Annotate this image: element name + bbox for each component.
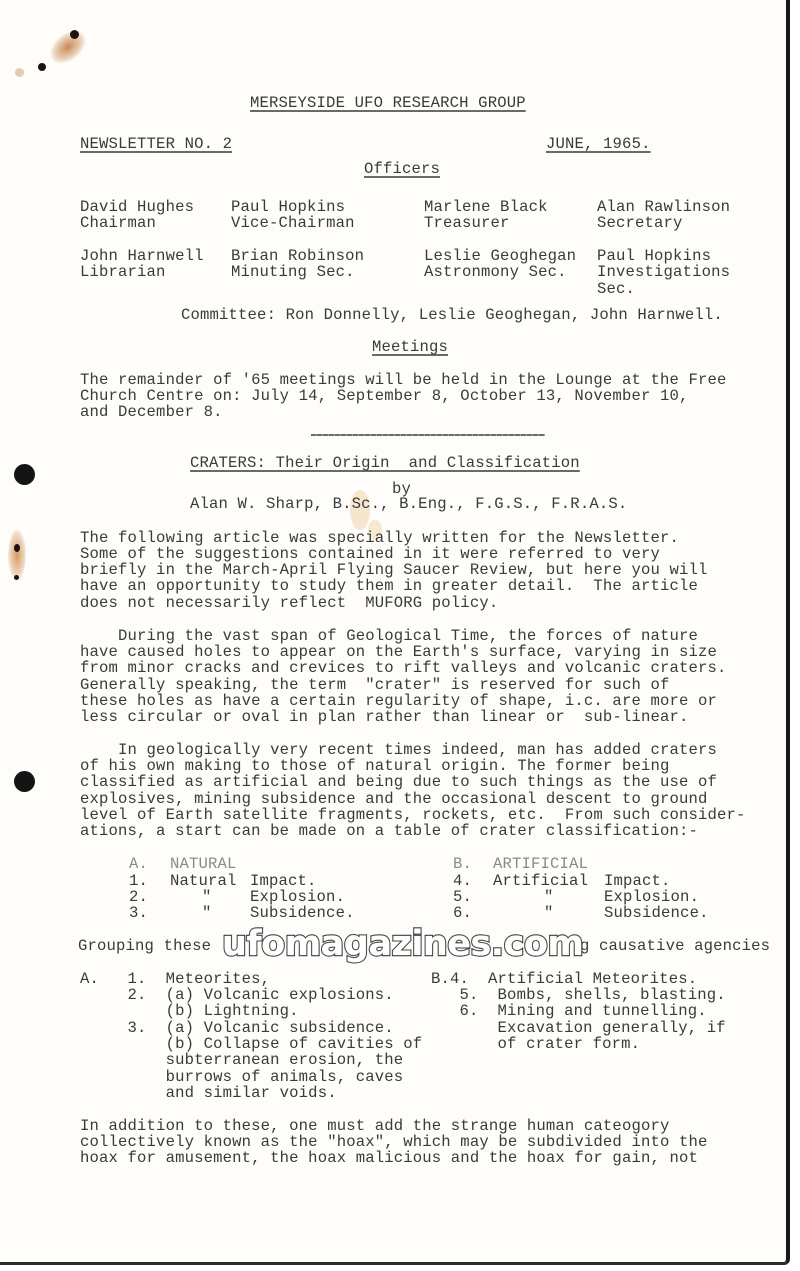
committee-list: Committee: Ron Donnelly, Leslie Geoghega… bbox=[181, 307, 723, 323]
text-line: ations, a start can be made on a table o… bbox=[80, 823, 698, 839]
text-line: less circular or oval in plan rather tha… bbox=[80, 709, 689, 725]
text-line: Church Centre on: July 14, September 8, … bbox=[80, 388, 689, 404]
grouping-text-start: Grouping these bbox=[78, 938, 211, 954]
text-line: collectively known as the "hoax", which … bbox=[80, 1134, 708, 1150]
meetings-heading: Meetings bbox=[372, 339, 448, 355]
text-line: have caused holes to appear on the Earth… bbox=[80, 644, 717, 660]
text-line: burrows of animals, caves bbox=[80, 1069, 403, 1085]
text-line: In geologically very recent times indeed… bbox=[80, 742, 717, 758]
artificial-header: ARTIFICIAL bbox=[493, 856, 588, 872]
rust-spot bbox=[70, 30, 79, 39]
text-line: 6. Mining and tunnelling. bbox=[431, 1003, 707, 1019]
class-type: Explosion. bbox=[250, 889, 345, 905]
class-type: Impact. bbox=[250, 873, 317, 889]
text-line: The remainder of '65 meetings will be he… bbox=[80, 372, 727, 388]
class-num: 2. bbox=[129, 889, 148, 905]
text-line: A. 1. Meteorites, bbox=[80, 971, 270, 987]
officer-role: Minuting Sec. bbox=[231, 264, 355, 280]
officer-name: Leslie Geoghegan bbox=[424, 248, 576, 264]
officers-heading: Officers bbox=[364, 161, 440, 177]
class-qualifier: Natural bbox=[170, 873, 237, 889]
text-line: level of Earth satellite fragments, rock… bbox=[80, 807, 746, 823]
class-type: Explosion. bbox=[604, 889, 699, 905]
class-num: 6. bbox=[453, 905, 472, 921]
text-line: classified as artificial and being due t… bbox=[80, 774, 717, 790]
article-author: Alan W. Sharp, B.Sc., B.Eng., F.G.S., F.… bbox=[190, 496, 627, 512]
newsletter-date: JUNE, 1965. bbox=[546, 136, 651, 152]
class-type: Subsidence. bbox=[604, 905, 709, 921]
class-num: 3. bbox=[129, 905, 148, 921]
class-type: Subsidence. bbox=[250, 905, 355, 921]
text-line: and December 8. bbox=[80, 404, 223, 420]
newsletter-number: NEWSLETTER NO. 2 bbox=[80, 136, 232, 152]
text-line: 5. Bombs, shells, blasting. bbox=[431, 987, 726, 1003]
class-qualifier: Artificial bbox=[493, 873, 588, 889]
text-line: In addition to these, one must add the s… bbox=[80, 1118, 669, 1134]
text-line: 3. (a) Volcanic subsidence. bbox=[80, 1020, 394, 1036]
grouping-text-end: g causative agencies bbox=[580, 938, 770, 954]
text-line: and similar voids. bbox=[80, 1085, 337, 1101]
natural-header: NATURAL bbox=[170, 856, 237, 872]
text-line: Excavation generally, if bbox=[431, 1020, 726, 1036]
text-line: Some of the suggestions contained in it … bbox=[80, 546, 660, 562]
text-line: of his own making to those of natural or… bbox=[80, 758, 669, 774]
site-watermark: ufomagazines.com bbox=[222, 924, 583, 964]
punch-hole bbox=[14, 464, 35, 485]
org-title: MERSEYSIDE UFO RESEARCH GROUP bbox=[250, 95, 526, 111]
officer-name: Marlene Black bbox=[424, 199, 548, 215]
text-line: have an opportunity to study them in gre… bbox=[80, 578, 698, 594]
text-line: 2. (a) Volcanic explosions. bbox=[80, 987, 394, 1003]
rust-stain bbox=[44, 24, 91, 70]
text-line: does not necessarily reflect MUFORG poli… bbox=[80, 595, 498, 611]
punch-hole bbox=[14, 771, 35, 792]
rust-spot bbox=[15, 68, 24, 77]
officer-name: Brian Robinson bbox=[231, 248, 364, 264]
officer-role: Librarian bbox=[80, 264, 166, 280]
natural-letter: A. bbox=[129, 856, 148, 872]
rust-spot bbox=[38, 63, 46, 71]
text-line: During the vast span of Geological Time,… bbox=[80, 628, 698, 644]
class-num: 1. bbox=[129, 873, 148, 889]
officer-name: John Harnwell bbox=[80, 248, 204, 264]
text-line: Generally speaking, the term "crater" is… bbox=[80, 677, 669, 693]
officer-name: Alan Rawlinson bbox=[597, 199, 730, 215]
class-qualifier: " bbox=[544, 889, 554, 905]
class-qualifier: " bbox=[202, 889, 212, 905]
rust-stain bbox=[8, 530, 26, 580]
text-line: (b) Lightning. bbox=[80, 1003, 299, 1019]
text-line: hoax for amusement, the hoax malicious a… bbox=[80, 1150, 698, 1166]
text-line: from minor cracks and crevices to rift v… bbox=[80, 660, 727, 676]
newsletter-page: MERSEYSIDE UFO RESEARCH GROUP NEWSLETTER… bbox=[0, 0, 790, 1265]
article-title: CRATERS: Their Origin and Classification bbox=[190, 455, 580, 471]
text-line: briefly in the March-April Flying Saucer… bbox=[80, 562, 708, 578]
rust-spot bbox=[14, 575, 19, 580]
section-divider bbox=[311, 434, 545, 436]
class-type: Impact. bbox=[604, 873, 671, 889]
text-line: these holes as have a certain regularity… bbox=[80, 693, 717, 709]
text-line: The following article was specially writ… bbox=[80, 530, 679, 546]
text-line: of crater form. bbox=[431, 1036, 640, 1052]
officer-name: Paul Hopkins bbox=[231, 199, 345, 215]
officer-name: Paul Hopkins bbox=[597, 248, 711, 264]
rust-spot bbox=[14, 544, 20, 552]
artificial-letter: B. bbox=[453, 856, 472, 872]
officer-role: Astronmony Sec. bbox=[424, 264, 567, 280]
text-line: (b) Collapse of cavities of bbox=[80, 1036, 422, 1052]
class-qualifier: " bbox=[544, 905, 554, 921]
officer-role: Vice-Chairman bbox=[231, 215, 355, 231]
officer-role: Investigations bbox=[597, 264, 730, 280]
officer-role: Secretary bbox=[597, 215, 683, 231]
officer-role: Chairman bbox=[80, 215, 156, 231]
officer-name: David Hughes bbox=[80, 199, 194, 215]
officer-role-continued: Sec. bbox=[597, 281, 635, 297]
class-qualifier: " bbox=[202, 905, 212, 921]
text-line: subterranean erosion, the bbox=[80, 1052, 403, 1068]
class-num: 5. bbox=[453, 889, 472, 905]
text-line: B.4. Artificial Meteorites. bbox=[431, 971, 697, 987]
text-line: explosives, mining subsidence and the oc… bbox=[80, 791, 708, 807]
officer-role: Treasurer bbox=[424, 215, 510, 231]
class-num: 4. bbox=[453, 873, 472, 889]
